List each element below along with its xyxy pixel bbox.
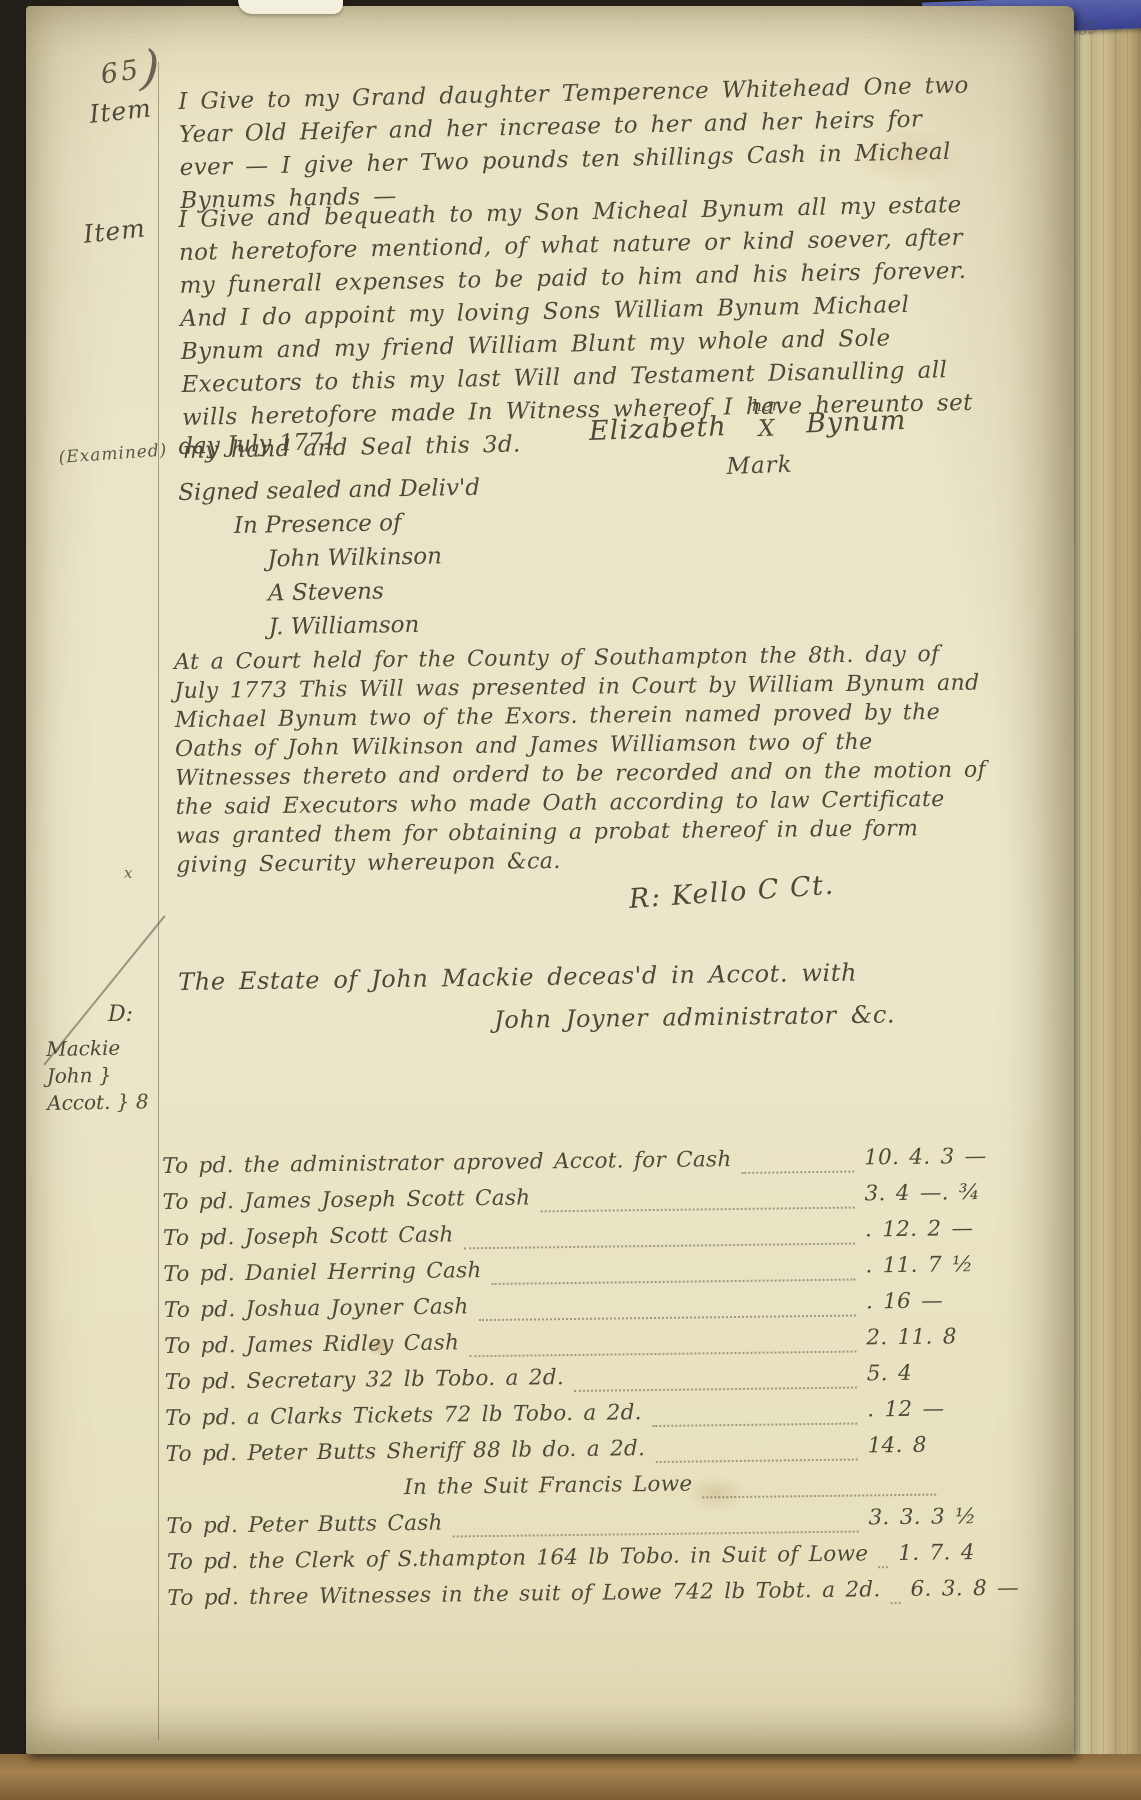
- margin-item-label-1: Item: [88, 93, 153, 128]
- account-entry-amount: 10. 4. 3 —: [864, 1144, 982, 1170]
- dotted-leader: [464, 1243, 855, 1250]
- margin-index-line: Mackie: [46, 1034, 148, 1063]
- margin-index-line: John }: [46, 1061, 148, 1090]
- attestation-block: Signed sealed and Deliv'd In Presence of…: [178, 471, 483, 646]
- signature-mark-label: Mark: [726, 452, 793, 480]
- scanned-record-book-page: 65) Item I Give to my Grand daughter Tem…: [0, 0, 1141, 1800]
- account-entry-amount: 3. 4 —. ¾: [864, 1180, 982, 1206]
- estate-account-subtitle: John Joyner administrator &c.: [494, 1000, 895, 1034]
- signature-her-label: her: [752, 397, 780, 414]
- folio-number: 65): [96, 31, 165, 95]
- account-entry-description: In the Suit Francis Lowe: [404, 1472, 693, 1501]
- attestation-line: In Presence of: [234, 505, 481, 543]
- estate-account-title: The Estate of John Mackie deceas'd in Ac…: [178, 959, 857, 996]
- dotted-leader: [703, 1494, 937, 1499]
- account-entry-amount: 2. 11. 8: [866, 1324, 984, 1350]
- account-entry-description: To pd. Secretary 32 lb Tobo. a 2d.: [165, 1365, 565, 1395]
- signature-first-name: Elizabeth: [588, 411, 727, 447]
- margin-debit-label: D:: [108, 1002, 133, 1027]
- dotted-leader: [655, 1459, 857, 1463]
- signature-last-name: Bynum: [806, 405, 908, 439]
- account-entry-description: To pd. Joseph Scott Cash: [163, 1222, 454, 1251]
- probate-paragraph: At a Court held for the County of Southa…: [174, 639, 994, 880]
- margin-item-label-2: Item: [82, 213, 147, 248]
- margin-x-mark: x: [124, 864, 132, 882]
- dotted-leader: [891, 1602, 901, 1604]
- dotted-leader: [742, 1171, 855, 1174]
- account-entry-description: To pd. James Ridley Cash: [164, 1330, 459, 1359]
- witness-name: John Wilkinson: [267, 539, 481, 577]
- account-entry-amount: 3. 3. 3 ½: [868, 1504, 986, 1530]
- dotted-leader: [453, 1531, 859, 1538]
- dotted-leader: [541, 1207, 855, 1213]
- attestation-line: Signed sealed and Deliv'd: [178, 471, 480, 510]
- signature-x-mark: X: [758, 418, 775, 442]
- account-entry-amount: . 12 —: [867, 1396, 985, 1422]
- margin-index-block: Mackie John } Accot. } 8: [46, 1034, 149, 1117]
- dotted-leader: [878, 1566, 888, 1568]
- manuscript-page: 65) Item I Give to my Grand daughter Tem…: [26, 6, 1074, 1754]
- account-entry-description: To pd. Joshua Joyner Cash: [164, 1294, 469, 1323]
- clerk-signature: R: Kello C Ct.: [628, 870, 836, 915]
- account-entry-amount: . 16 —: [866, 1288, 984, 1314]
- will-date-line: day July 1771: [178, 428, 338, 460]
- dotted-leader: [469, 1351, 856, 1358]
- account-entry-description: To pd. James Joseph Scott Cash: [162, 1186, 530, 1215]
- folio-paren-stroke: ): [140, 40, 164, 97]
- account-entry-amount: . 12. 2 —: [865, 1216, 983, 1242]
- dotted-leader: [492, 1279, 856, 1285]
- account-entry-description: To pd. a Clarks Tickets 72 lb Tobo. a 2d…: [165, 1400, 642, 1431]
- witness-name: J. Williamson: [268, 607, 482, 645]
- table-surface: [0, 1754, 1141, 1800]
- account-entries: To pd. the administrator aproved Accot. …: [162, 1144, 988, 1622]
- dotted-leader: [652, 1423, 857, 1428]
- dotted-leader: [574, 1387, 857, 1392]
- dotted-leader: [479, 1315, 856, 1322]
- witness-name: A Stevens: [268, 573, 482, 611]
- examined-margin-note: (Examined): [58, 440, 168, 468]
- account-entry-amount: 1. 7. 4: [898, 1540, 987, 1566]
- account-entry-description: To pd. the administrator aproved Accot. …: [162, 1147, 732, 1179]
- signature-mark-column: her X: [752, 397, 781, 441]
- account-entry-amount: 14. 8: [867, 1432, 985, 1458]
- margin-rule-line: [158, 62, 159, 1740]
- corner-page-number: 65: [1077, 19, 1098, 39]
- account-entry-description: To pd. Peter Butts Cash: [166, 1511, 442, 1539]
- account-entry-amount: 5. 4: [867, 1360, 985, 1386]
- torn-paper-edge: [238, 0, 343, 14]
- account-entry-amount: 6. 3. 8 —: [910, 1576, 1019, 1602]
- book-page-edges: [1067, 22, 1141, 1754]
- account-entry-amount: . 11. 7 ½: [865, 1252, 983, 1278]
- account-entry-description: To pd. Daniel Herring Cash: [163, 1258, 481, 1287]
- account-entry-description: To pd. Peter Butts Sheriff 88 lb do. a 2…: [166, 1436, 646, 1467]
- margin-index-line: Accot. } 8: [47, 1088, 149, 1117]
